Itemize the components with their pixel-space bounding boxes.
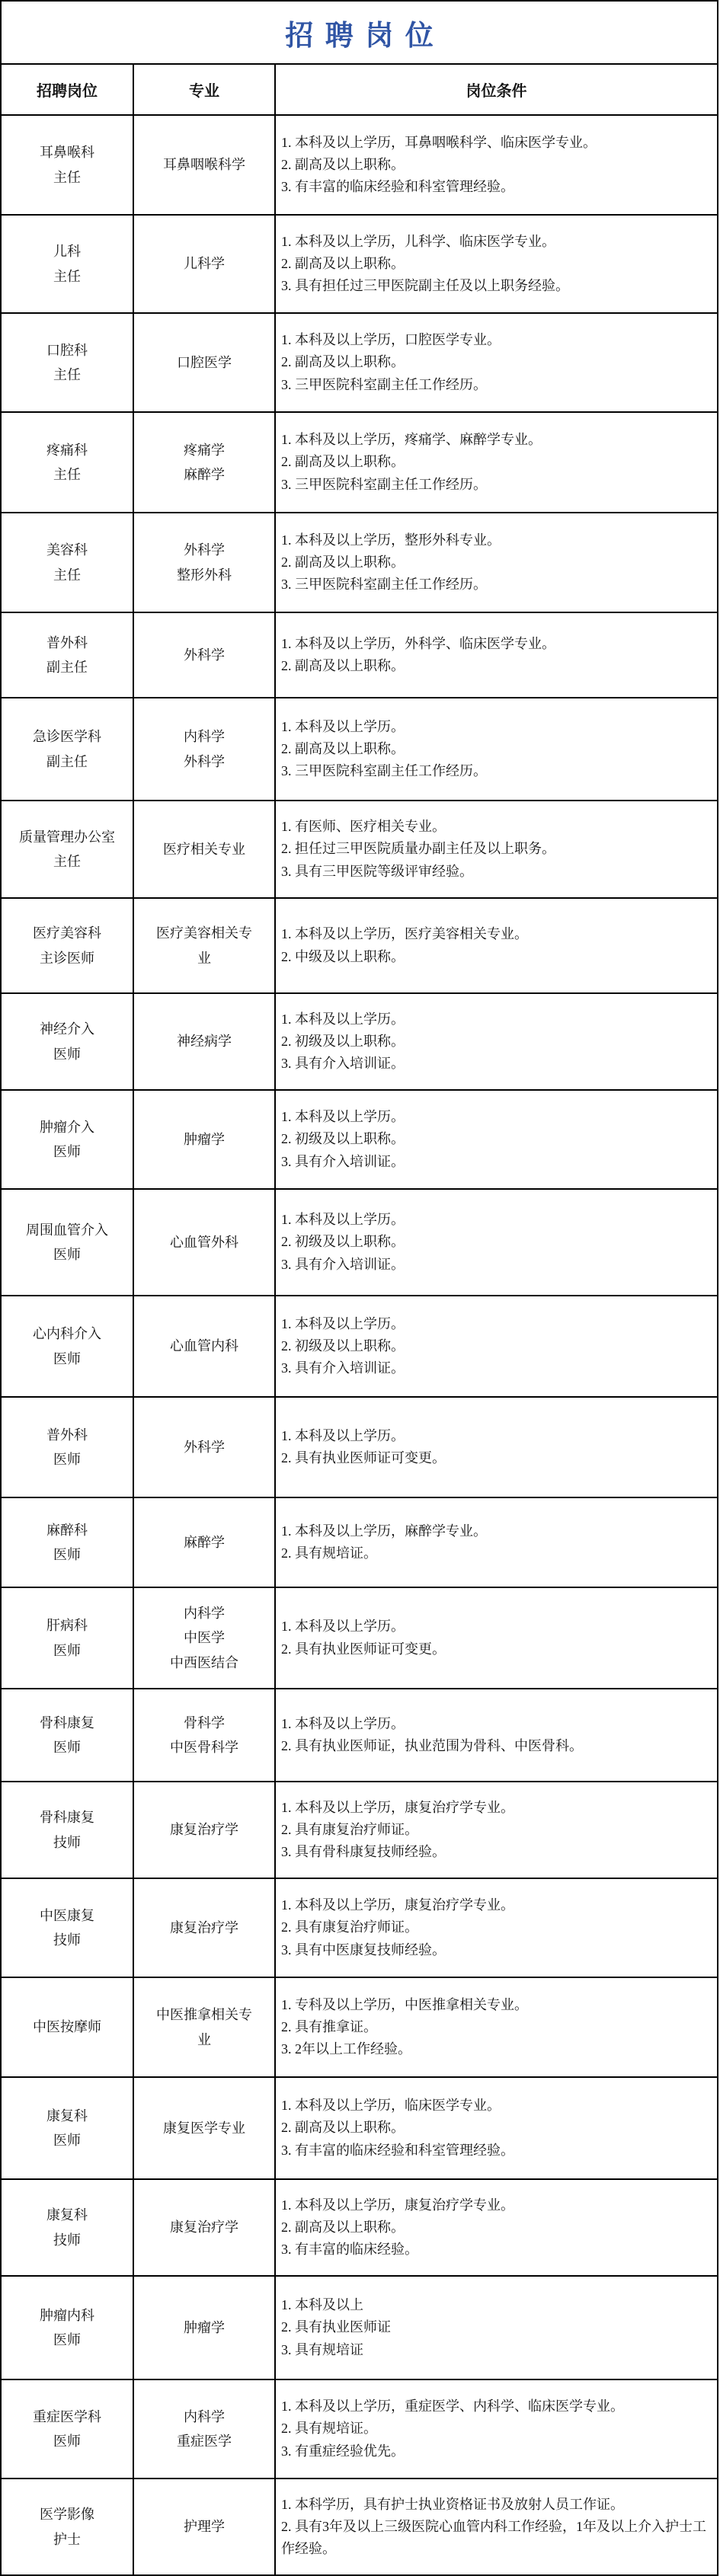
position-cell: 中医按摩师	[1, 1977, 133, 2077]
position-cell: 肿瘤内科 医师	[1, 2276, 133, 2379]
major-cell: 护理学	[133, 2479, 275, 2575]
position-cell: 骨科康复 医师	[1, 1689, 133, 1782]
position-cell: 普外科 副主任	[1, 612, 133, 698]
table-row: 肝病科 医师 内科学 中医学 中西医结合 1. 本科及以上学历。 2. 具有执业…	[1, 1587, 718, 1689]
major-cell: 肿瘤学	[133, 1090, 275, 1189]
title-row: 招聘岗位	[1, 1, 718, 64]
table-row: 医疗美容科 主诊医师 医疗美容相关专 业 1. 本科及以上学历，医疗美容相关专业…	[1, 898, 718, 993]
position-cell: 骨科康复 技师	[1, 1782, 133, 1878]
requirements-cell: 1. 本科学历，具有护士执业资格证书及放射人员工作证。 2. 具有3年及以上三级…	[275, 2479, 718, 2575]
position-cell: 儿科 主任	[1, 215, 133, 313]
major-cell: 康复医学专业	[133, 2077, 275, 2179]
table-row: 医学影像 护士 护理学 1. 本科学历，具有护士执业资格证书及放射人员工作证。 …	[1, 2479, 718, 2575]
requirements-cell: 1. 本科及以上 2. 具有执业医师证 3. 具有规培证	[275, 2276, 718, 2379]
column-header-major: 专业	[133, 64, 275, 115]
recruitment-table: 招聘岗位 招聘岗位 专业 岗位条件 耳鼻喉科 主任 耳鼻咽喉科学 1. 本科及以…	[0, 0, 718, 2576]
table-row: 中医按摩师 中医推拿相关专 业 1. 专科及以上学历，中医推拿相关专业。 2. …	[1, 1977, 718, 2077]
major-cell: 医疗美容相关专 业	[133, 898, 275, 993]
major-cell: 儿科学	[133, 215, 275, 313]
major-cell: 外科学	[133, 612, 275, 698]
table-row: 康复科 医师 康复医学专业 1. 本科及以上学历，临床医学专业。 2. 副高及以…	[1, 2077, 718, 2179]
column-header-position: 招聘岗位	[1, 64, 133, 115]
major-cell: 康复治疗学	[133, 1878, 275, 1977]
major-cell: 内科学 外科学	[133, 698, 275, 801]
position-cell: 急诊医学科 副主任	[1, 698, 133, 801]
requirements-cell: 1. 专科及以上学历，中医推拿相关专业。 2. 具有推拿证。 3. 2年以上工作…	[275, 1977, 718, 2077]
major-cell: 口腔医学	[133, 313, 275, 412]
table-row: 中医康复 技师 康复治疗学 1. 本科及以上学历，康复治疗学专业。 2. 具有康…	[1, 1878, 718, 1977]
table-row: 耳鼻喉科 主任 耳鼻咽喉科学 1. 本科及以上学历，耳鼻咽喉科学、临床医学专业。…	[1, 115, 718, 215]
position-cell: 普外科 医师	[1, 1397, 133, 1497]
major-cell: 外科学	[133, 1397, 275, 1497]
table-row: 康复科 技师 康复治疗学 1. 本科及以上学历，康复治疗学专业。 2. 副高及以…	[1, 2179, 718, 2276]
position-cell: 美容科 主任	[1, 513, 133, 612]
major-cell: 外科学 整形外科	[133, 513, 275, 612]
requirements-cell: 1. 本科及以上学历，口腔医学专业。 2. 副高及以上职称。 3. 三甲医院科室…	[275, 313, 718, 412]
major-cell: 耳鼻咽喉科学	[133, 115, 275, 215]
major-cell: 医疗相关专业	[133, 801, 275, 898]
major-cell: 麻醉学	[133, 1497, 275, 1587]
major-cell: 中医推拿相关专 业	[133, 1977, 275, 2077]
position-cell: 耳鼻喉科 主任	[1, 115, 133, 215]
requirements-cell: 1. 本科及以上学历，疼痛学、麻醉学专业。 2. 副高及以上职称。 3. 三甲医…	[275, 412, 718, 513]
position-cell: 口腔科 主任	[1, 313, 133, 412]
position-cell: 周围血管介入 医师	[1, 1189, 133, 1296]
table-row: 疼痛科 主任 疼痛学 麻醉学 1. 本科及以上学历，疼痛学、麻醉学专业。 2. …	[1, 412, 718, 513]
position-cell: 医学影像 护士	[1, 2479, 133, 2575]
column-header-requirements: 岗位条件	[275, 64, 718, 115]
position-cell: 质量管理办公室 主任	[1, 801, 133, 898]
requirements-cell: 1. 有医师、医疗相关专业。 2. 担任过三甲医院质量办副主任及以上职务。 3.…	[275, 801, 718, 898]
position-cell: 康复科 技师	[1, 2179, 133, 2276]
requirements-cell: 1. 本科及以上学历。 2. 初级及以上职称。 3. 具有介入培训证。	[275, 1189, 718, 1296]
position-cell: 中医康复 技师	[1, 1878, 133, 1977]
position-cell: 心内科介入 医师	[1, 1296, 133, 1397]
table-row: 骨科康复 技师 康复治疗学 1. 本科及以上学历，康复治疗学专业。 2. 具有康…	[1, 1782, 718, 1878]
position-cell: 医疗美容科 主诊医师	[1, 898, 133, 993]
requirements-cell: 1. 本科及以上学历。 2. 初级及以上职称。 3. 具有介入培训证。	[275, 1090, 718, 1189]
requirements-cell: 1. 本科及以上学历，临床医学专业。 2. 副高及以上职称。 3. 有丰富的临床…	[275, 2077, 718, 2179]
requirements-cell: 1. 本科及以上学历。 2. 初级及以上职称。 3. 具有介入培训证。	[275, 993, 718, 1090]
position-cell: 疼痛科 主任	[1, 412, 133, 513]
requirements-cell: 1. 本科及以上学历，儿科学、临床医学专业。 2. 副高及以上职称。 3. 具有…	[275, 215, 718, 313]
major-cell: 康复治疗学	[133, 2179, 275, 2276]
table-row: 肿瘤介入 医师 肿瘤学 1. 本科及以上学历。 2. 初级及以上职称。 3. 具…	[1, 1090, 718, 1189]
major-cell: 康复治疗学	[133, 1782, 275, 1878]
requirements-cell: 1. 本科及以上学历，康复治疗学专业。 2. 具有康复治疗师证。 3. 具有骨科…	[275, 1782, 718, 1878]
table-row: 麻醉科 医师 麻醉学 1. 本科及以上学历，麻醉学专业。 2. 具有规培证。	[1, 1497, 718, 1587]
position-cell: 神经介入 医师	[1, 993, 133, 1090]
header-row: 招聘岗位 专业 岗位条件	[1, 64, 718, 115]
table-row: 神经介入 医师 神经病学 1. 本科及以上学历。 2. 初级及以上职称。 3. …	[1, 993, 718, 1090]
requirements-cell: 1. 本科及以上学历。 2. 具有执业医师证，执业范围为骨科、中医骨科。	[275, 1689, 718, 1782]
major-cell: 疼痛学 麻醉学	[133, 412, 275, 513]
position-cell: 重症医学科 医师	[1, 2379, 133, 2479]
table-row: 儿科 主任 儿科学 1. 本科及以上学历，儿科学、临床医学专业。 2. 副高及以…	[1, 215, 718, 313]
recruitment-sheet: 招聘岗位 招聘岗位 专业 岗位条件 耳鼻喉科 主任 耳鼻咽喉科学 1. 本科及以…	[0, 0, 717, 2576]
requirements-cell: 1. 本科及以上学历，整形外科专业。 2. 副高及以上职称。 3. 三甲医院科室…	[275, 513, 718, 612]
major-cell: 内科学 重症医学	[133, 2379, 275, 2479]
requirements-cell: 1. 本科及以上学历，外科学、临床医学专业。 2. 副高及以上职称。	[275, 612, 718, 698]
requirements-cell: 1. 本科及以上学历。 2. 具有执业医师证可变更。	[275, 1587, 718, 1689]
table-row: 口腔科 主任 口腔医学 1. 本科及以上学历，口腔医学专业。 2. 副高及以上职…	[1, 313, 718, 412]
requirements-cell: 1. 本科及以上学历，麻醉学专业。 2. 具有规培证。	[275, 1497, 718, 1587]
table-row: 重症医学科 医师 内科学 重症医学 1. 本科及以上学历，重症医学、内科学、临床…	[1, 2379, 718, 2479]
table-row: 普外科 医师 外科学 1. 本科及以上学历。 2. 具有执业医师证可变更。	[1, 1397, 718, 1497]
major-cell: 心血管外科	[133, 1189, 275, 1296]
table-row: 急诊医学科 副主任 内科学 外科学 1. 本科及以上学历。 2. 副高及以上职称…	[1, 698, 718, 801]
requirements-cell: 1. 本科及以上学历，医疗美容相关专业。 2. 中级及以上职称。	[275, 898, 718, 993]
requirements-cell: 1. 本科及以上学历。 2. 初级及以上职称。 3. 具有介入培训证。	[275, 1296, 718, 1397]
position-cell: 康复科 医师	[1, 2077, 133, 2179]
major-cell: 神经病学	[133, 993, 275, 1090]
requirements-cell: 1. 本科及以上学历，耳鼻咽喉科学、临床医学专业。 2. 副高及以上职称。 3.…	[275, 115, 718, 215]
table-row: 肿瘤内科 医师 肿瘤学 1. 本科及以上 2. 具有执业医师证 3. 具有规培证	[1, 2276, 718, 2379]
requirements-cell: 1. 本科及以上学历，重症医学、内科学、临床医学专业。 2. 具有规培证。 3.…	[275, 2379, 718, 2479]
major-cell: 内科学 中医学 中西医结合	[133, 1587, 275, 1689]
table-row: 周围血管介入 医师 心血管外科 1. 本科及以上学历。 2. 初级及以上职称。 …	[1, 1189, 718, 1296]
requirements-cell: 1. 本科及以上学历，康复治疗学专业。 2. 具有康复治疗师证。 3. 具有中医…	[275, 1878, 718, 1977]
position-cell: 肝病科 医师	[1, 1587, 133, 1689]
table-row: 美容科 主任 外科学 整形外科 1. 本科及以上学历，整形外科专业。 2. 副高…	[1, 513, 718, 612]
page-title: 招聘岗位	[1, 1, 718, 64]
position-cell: 麻醉科 医师	[1, 1497, 133, 1587]
table-row: 质量管理办公室 主任 医疗相关专业 1. 有医师、医疗相关专业。 2. 担任过三…	[1, 801, 718, 898]
table-row: 骨科康复 医师 骨科学 中医骨科学 1. 本科及以上学历。 2. 具有执业医师证…	[1, 1689, 718, 1782]
table-row: 心内科介入 医师 心血管内科 1. 本科及以上学历。 2. 初级及以上职称。 3…	[1, 1296, 718, 1397]
major-cell: 骨科学 中医骨科学	[133, 1689, 275, 1782]
requirements-cell: 1. 本科及以上学历，康复治疗学专业。 2. 副高及以上职称。 3. 有丰富的临…	[275, 2179, 718, 2276]
requirements-cell: 1. 本科及以上学历。 2. 具有执业医师证可变更。	[275, 1397, 718, 1497]
major-cell: 心血管内科	[133, 1296, 275, 1397]
major-cell: 肿瘤学	[133, 2276, 275, 2379]
position-cell: 肿瘤介入 医师	[1, 1090, 133, 1189]
requirements-cell: 1. 本科及以上学历。 2. 副高及以上职称。 3. 三甲医院科室副主任工作经历…	[275, 698, 718, 801]
table-row: 普外科 副主任 外科学 1. 本科及以上学历，外科学、临床医学专业。 2. 副高…	[1, 612, 718, 698]
